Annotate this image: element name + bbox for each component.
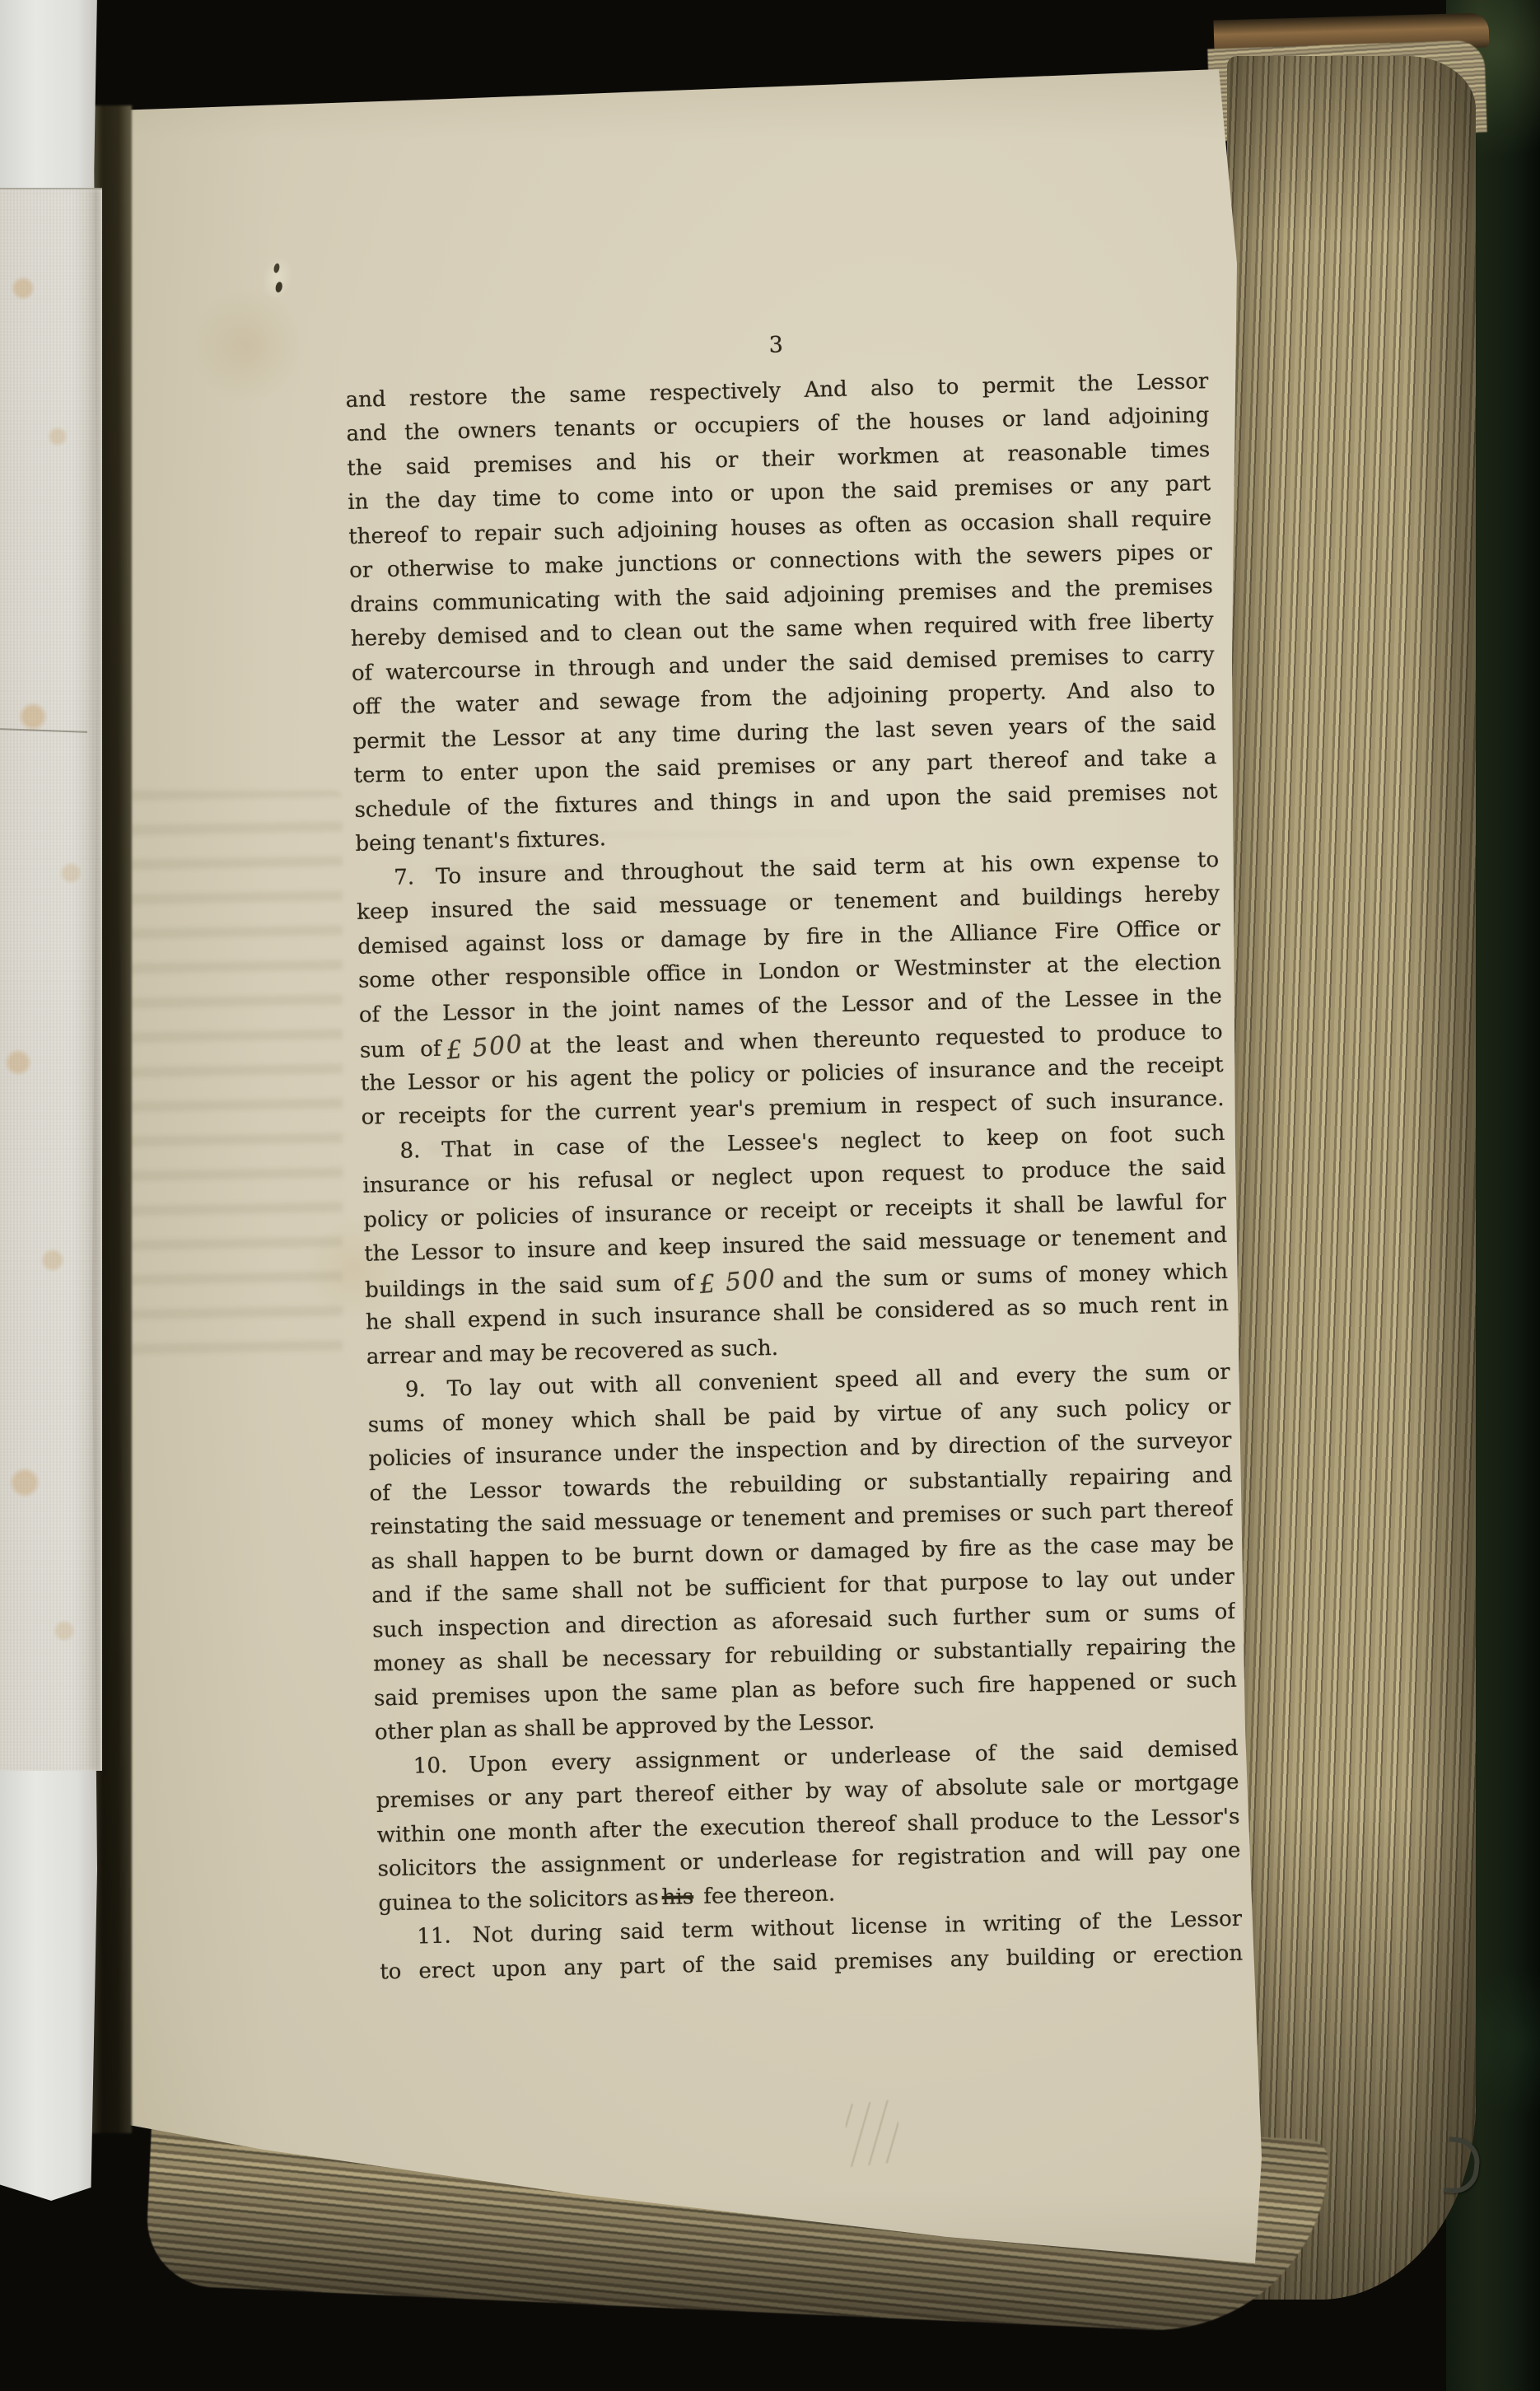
handwritten-sum: £ 500	[445, 1027, 525, 1067]
clause-number: 10.	[413, 1753, 448, 1778]
clause-continuation: and restore the same respectively And al…	[345, 365, 1218, 862]
clause-number: 8.	[399, 1138, 420, 1164]
pencil-hatch-marks	[843, 2099, 903, 2167]
fore-edge-pages	[1227, 56, 1476, 2300]
body-text: and restore the same respectively And al…	[345, 365, 1243, 1990]
clause-number: 7.	[394, 865, 414, 890]
pencil-line	[0, 728, 87, 733]
clause-10: 10.Upon every assignment or underlease o…	[375, 1731, 1241, 1921]
clause-9: 9.To lay out with all convenient speed a…	[366, 1356, 1238, 1750]
handwritten-correction: theirhis	[661, 1880, 693, 1915]
clause-7: 7.To insure and throughout the said term…	[356, 843, 1225, 1135]
printed-text: 3 and restore the same respectively And …	[344, 319, 1244, 1989]
tissue-interleaf	[0, 188, 102, 1771]
show-through-text	[124, 791, 343, 1367]
clause-8: 8.That in case of the Lessee's neglect t…	[362, 1116, 1230, 1374]
clause-number: 9.	[405, 1377, 426, 1403]
book-photo: 3 and restore the same respectively And …	[0, 0, 1540, 2391]
struck-word: his	[661, 1884, 693, 1910]
clause-number: 11.	[417, 1924, 451, 1950]
handwritten-sum: £ 500	[698, 1261, 777, 1302]
